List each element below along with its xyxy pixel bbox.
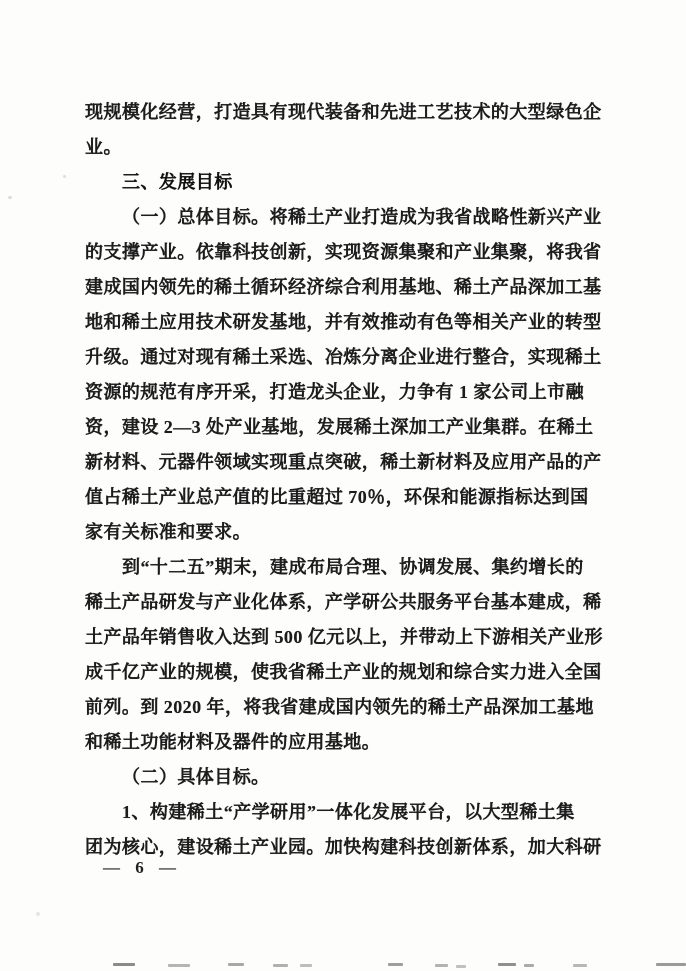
text-line: 资源的规范有序开采，打造龙头企业，力争有 1 家公司上市融: [85, 375, 605, 410]
text-line: 现规模化经营，打造具有现代装备和先进工艺技术的大型绿色企: [85, 95, 605, 130]
text-line: 升级。通过对现有稀土采选、冶炼分离企业进行整合，实现稀土: [85, 340, 605, 375]
scan-artifact: [388, 963, 403, 966]
text-line: 到“十二五”期末，建成布局合理、协调发展、集约增长的: [85, 550, 605, 585]
section-heading: 三、发展目标: [85, 165, 605, 200]
scan-artifact: [573, 964, 587, 967]
text-line: 地和稀土应用技术研发基地，并有效推动有色等相关产业的转型: [85, 305, 605, 340]
text-line: 稀土产品研发与产业化体系，产学研公共服务平台基本建成，稀: [85, 585, 605, 620]
page-number: — 6 —: [103, 858, 177, 878]
scan-speck: [63, 175, 66, 178]
text-line: 业。: [85, 130, 605, 165]
text-line: 土产品年销售收入达到 500 亿元以上，并带动上下游相关产业形: [85, 620, 605, 655]
scan-artifact: [228, 963, 244, 966]
text-line: 资，建设 2—3 处产业基地，发展稀土深加工产业集群。在稀土: [85, 410, 605, 445]
text-line: （一）总体目标。将稀土产业打造成为我省战略性新兴产业: [85, 200, 605, 235]
scan-artifact: [456, 965, 466, 968]
scan-speck: [8, 196, 12, 199]
text-block: 现规模化经营，打造具有现代装备和先进工艺技术的大型绿色企业。三、发展目标（一）总…: [85, 95, 605, 865]
text-line: 值占稀土产业总产值的比重超过 70％，环保和能源指标达到国: [85, 480, 605, 515]
text-line: （二）具体目标。: [85, 760, 605, 795]
scan-artifact: [656, 963, 686, 966]
scan-artifact: [113, 963, 135, 966]
text-line: 的支撑产业。依靠科技创新，实现资源集聚和产业集聚，将我省: [85, 235, 605, 270]
scan-artifact: [435, 964, 448, 967]
text-line: 前列。到 2020 年，将我省建成国内领先的稀土产品深加工基地: [85, 690, 605, 725]
text-line: 成千亿产业的规模，使我省稀土产业的规划和综合实力进入全国: [85, 655, 605, 690]
scan-artifact: [300, 964, 312, 967]
text-line: 1、构建稀土“产学研用”一体化发展平台，以大型稀土集: [85, 795, 605, 830]
scan-artifact: [498, 963, 516, 966]
text-line: 建成国内领先的稀土循环经济综合利用基地、稀土产品深加工基: [85, 270, 605, 305]
scan-artifact: [273, 964, 288, 967]
scan-artifact: [168, 964, 190, 967]
text-line: 新材料、元器件领域实现重点突破，稀土新材料及应用产品的产: [85, 445, 605, 480]
text-line: 和稀土功能材料及器件的应用基地。: [85, 725, 605, 760]
scan-artifact: [524, 964, 534, 967]
text-line: 家有关标准和要求。: [85, 515, 605, 550]
scanned-document-page: 现规模化经营，打造具有现代装备和先进工艺技术的大型绿色企业。三、发展目标（一）总…: [0, 0, 686, 971]
scan-speck: [36, 912, 40, 916]
